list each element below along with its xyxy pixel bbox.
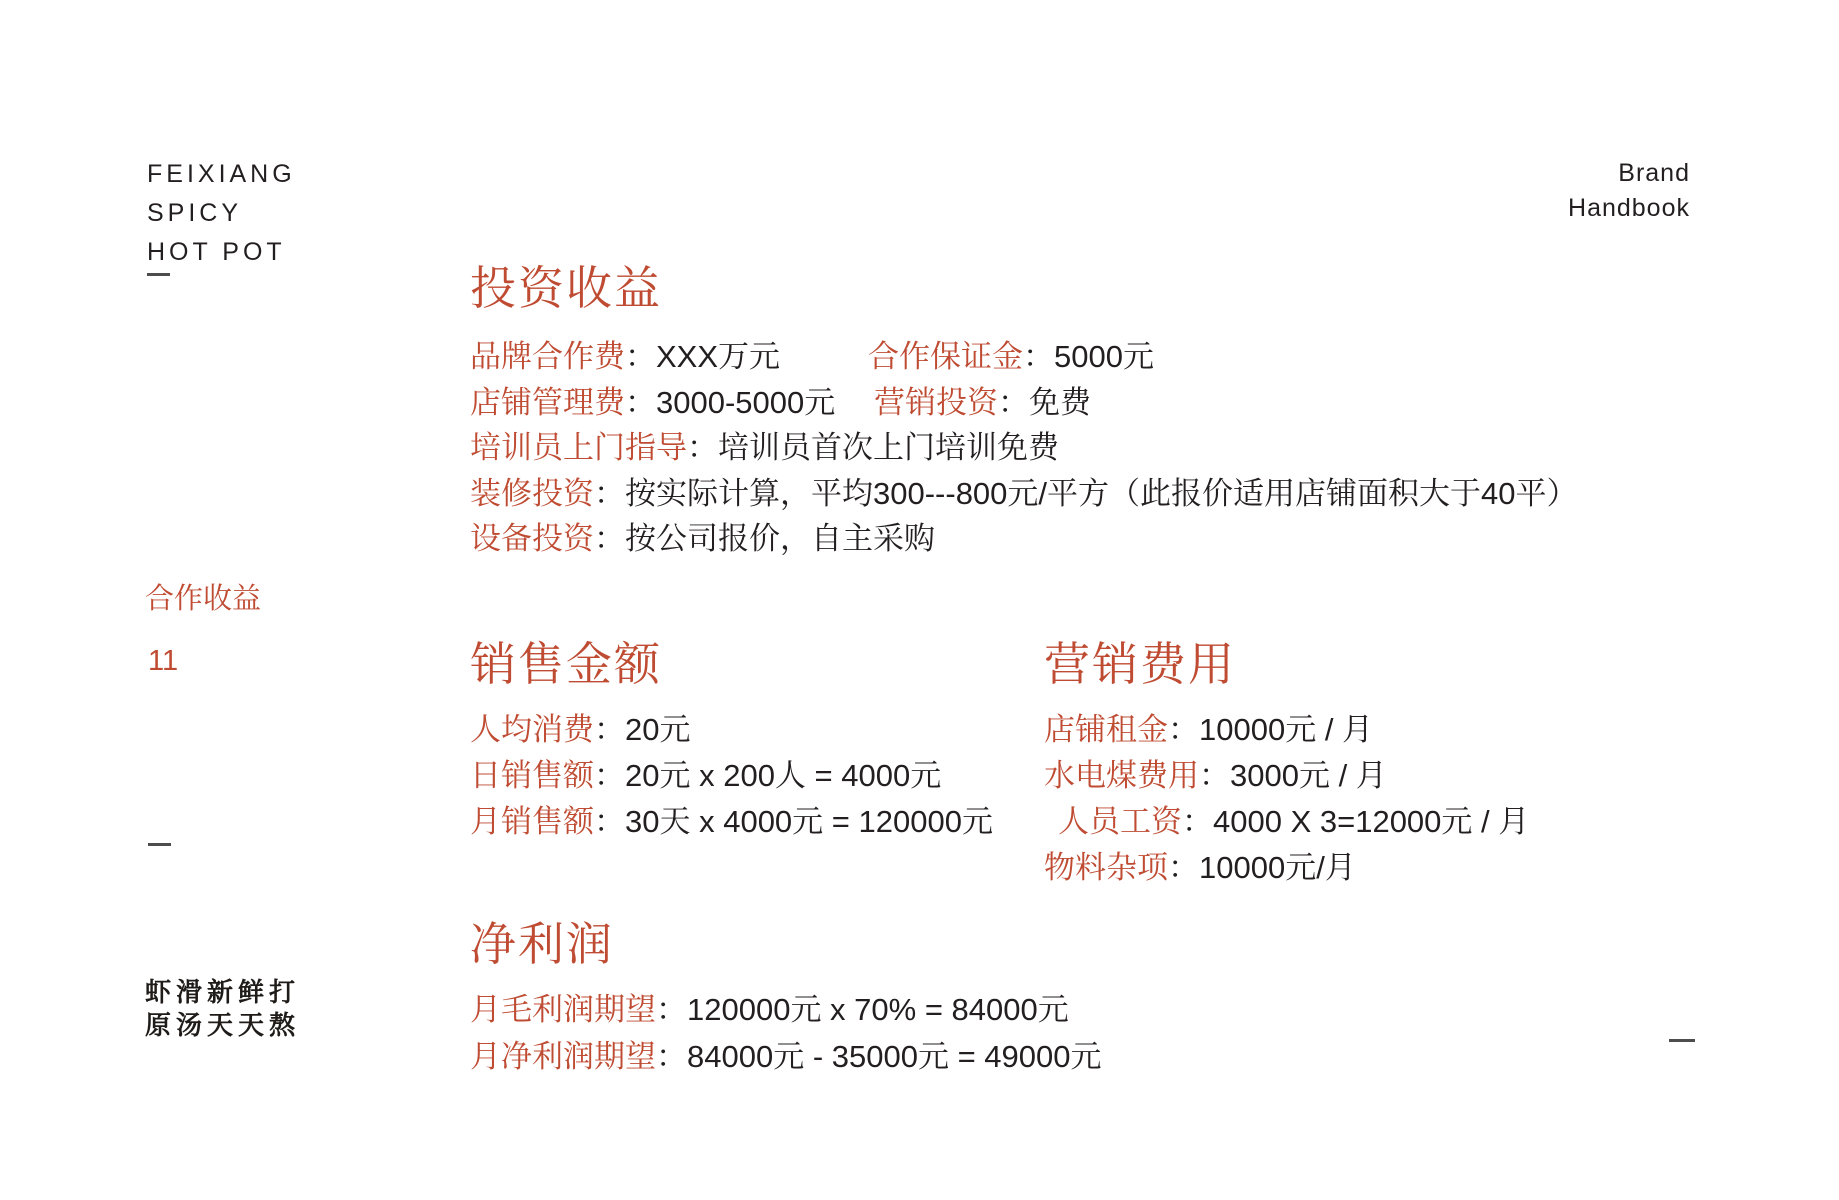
- item-label: 营销投资: [874, 385, 998, 420]
- page-number: 11: [148, 645, 178, 678]
- sidebar-section-label: 合作收益: [145, 576, 261, 617]
- item-value: ：84000元 - 35000元 = 49000元: [656, 1039, 1102, 1074]
- divider-dash-top-left: [147, 273, 170, 276]
- logo-line-2: SPICY: [147, 194, 296, 233]
- marketing-row-4: 物料杂项：10000元/月: [1044, 842, 1356, 887]
- section-title-marketing: 营销费用: [1044, 628, 1236, 694]
- item-value: ：按实际计算，平均300---800元/平方（此报价适用店铺面积大于40平）: [594, 476, 1578, 511]
- item-value: ：按公司报价，自主采购: [594, 521, 935, 556]
- divider-dash-bottom-right: [1669, 1039, 1695, 1042]
- item-pair: 营销投资：免费: [874, 377, 1091, 422]
- item-label: 月毛利润期望: [470, 992, 656, 1027]
- item-value: ：3000元 / 月: [1199, 758, 1387, 793]
- item-value: ：4000 X 3=12000元 / 月: [1182, 804, 1529, 839]
- investment-row-4: 装修投资：按实际计算，平均300---800元/平方（此报价适用店铺面积大于40…: [470, 468, 1578, 513]
- divider-dash-mid-left: [148, 843, 171, 846]
- item-value: ：20元: [594, 712, 690, 747]
- item-label: 合作保证金: [868, 339, 1023, 374]
- marketing-row-2: 水电煤费用：3000元 / 月: [1044, 750, 1387, 795]
- item-value: ：培训员首次上门培训免费: [687, 430, 1059, 465]
- item-pair: 合作保证金：5000元: [868, 331, 1154, 376]
- item-value: ：3000-5000元: [625, 385, 835, 420]
- item-label: 物料杂项: [1044, 850, 1168, 885]
- section-title-sales: 销售金额: [470, 628, 662, 694]
- item-value: ：20元 x 200人 = 4000元: [594, 758, 941, 793]
- item-label: 品牌合作费: [470, 339, 625, 374]
- item-label: 日销售额: [470, 758, 594, 793]
- brand-handbook-page: FEIXIANG SPICY HOT POT Brand Handbook 合作…: [0, 0, 1839, 1200]
- item-label: 人均消费: [470, 712, 594, 747]
- item-label: 设备投资: [470, 521, 594, 556]
- slogan-line-1: 虾滑新鲜打: [145, 977, 300, 1010]
- logo-line-3: HOT POT: [147, 233, 296, 272]
- item-value: ：10000元 / 月: [1168, 712, 1373, 747]
- item-label: 月销售额: [470, 804, 594, 839]
- investment-row-3: 培训员上门指导：培训员首次上门培训免费: [470, 422, 1059, 467]
- item-value: ：5000元: [1023, 339, 1154, 374]
- item-label: 装修投资: [470, 476, 594, 511]
- investment-row-1: 品牌合作费：XXX万元 合作保证金：5000元: [470, 331, 780, 376]
- item-value: ：免费: [998, 385, 1091, 420]
- item-value: ：120000元 x 70% = 84000元: [656, 992, 1069, 1027]
- item-value: ：XXX万元: [625, 339, 780, 374]
- item-label: 水电煤费用: [1044, 758, 1199, 793]
- sales-row-1: 人均消费：20元: [470, 704, 690, 749]
- section-title-profit: 净利润: [470, 908, 614, 974]
- brand-slogan: 虾滑新鲜打 原汤天天熬: [145, 977, 300, 1043]
- marketing-row-1: 店铺租金：10000元 / 月: [1044, 704, 1373, 749]
- slogan-line-2: 原汤天天熬: [145, 1010, 300, 1043]
- sales-row-3: 月销售额：30天 x 4000元 = 120000元: [470, 796, 993, 841]
- brand-handbook-label: Brand Handbook: [1568, 156, 1690, 226]
- profit-row-1: 月毛利润期望：120000元 x 70% = 84000元: [470, 984, 1069, 1029]
- item-label: 店铺管理费: [470, 385, 625, 420]
- sales-row-2: 日销售额：20元 x 200人 = 4000元: [470, 750, 941, 795]
- investment-row-2: 店铺管理费：3000-5000元 营销投资：免费: [470, 377, 835, 422]
- item-label: 培训员上门指导: [470, 430, 687, 465]
- marketing-row-3: 人员工资：4000 X 3=12000元 / 月: [1044, 796, 1529, 841]
- item-value: ：10000元/月: [1168, 850, 1356, 885]
- logo-line-1: FEIXIANG: [147, 155, 296, 194]
- investment-row-5: 设备投资：按公司报价，自主采购: [470, 513, 935, 558]
- profit-row-2: 月净利润期望：84000元 - 35000元 = 49000元: [470, 1031, 1102, 1076]
- item-label: 店铺租金: [1044, 712, 1168, 747]
- section-title-investment: 投资收益: [470, 252, 662, 318]
- item-label: 月净利润期望: [470, 1039, 656, 1074]
- brand-logo: FEIXIANG SPICY HOT POT: [147, 155, 296, 272]
- brand-label-line-1: Brand: [1568, 156, 1690, 191]
- brand-label-line-2: Handbook: [1568, 191, 1690, 226]
- item-value: ：30天 x 4000元 = 120000元: [594, 804, 993, 839]
- item-label: 人员工资: [1044, 804, 1182, 839]
